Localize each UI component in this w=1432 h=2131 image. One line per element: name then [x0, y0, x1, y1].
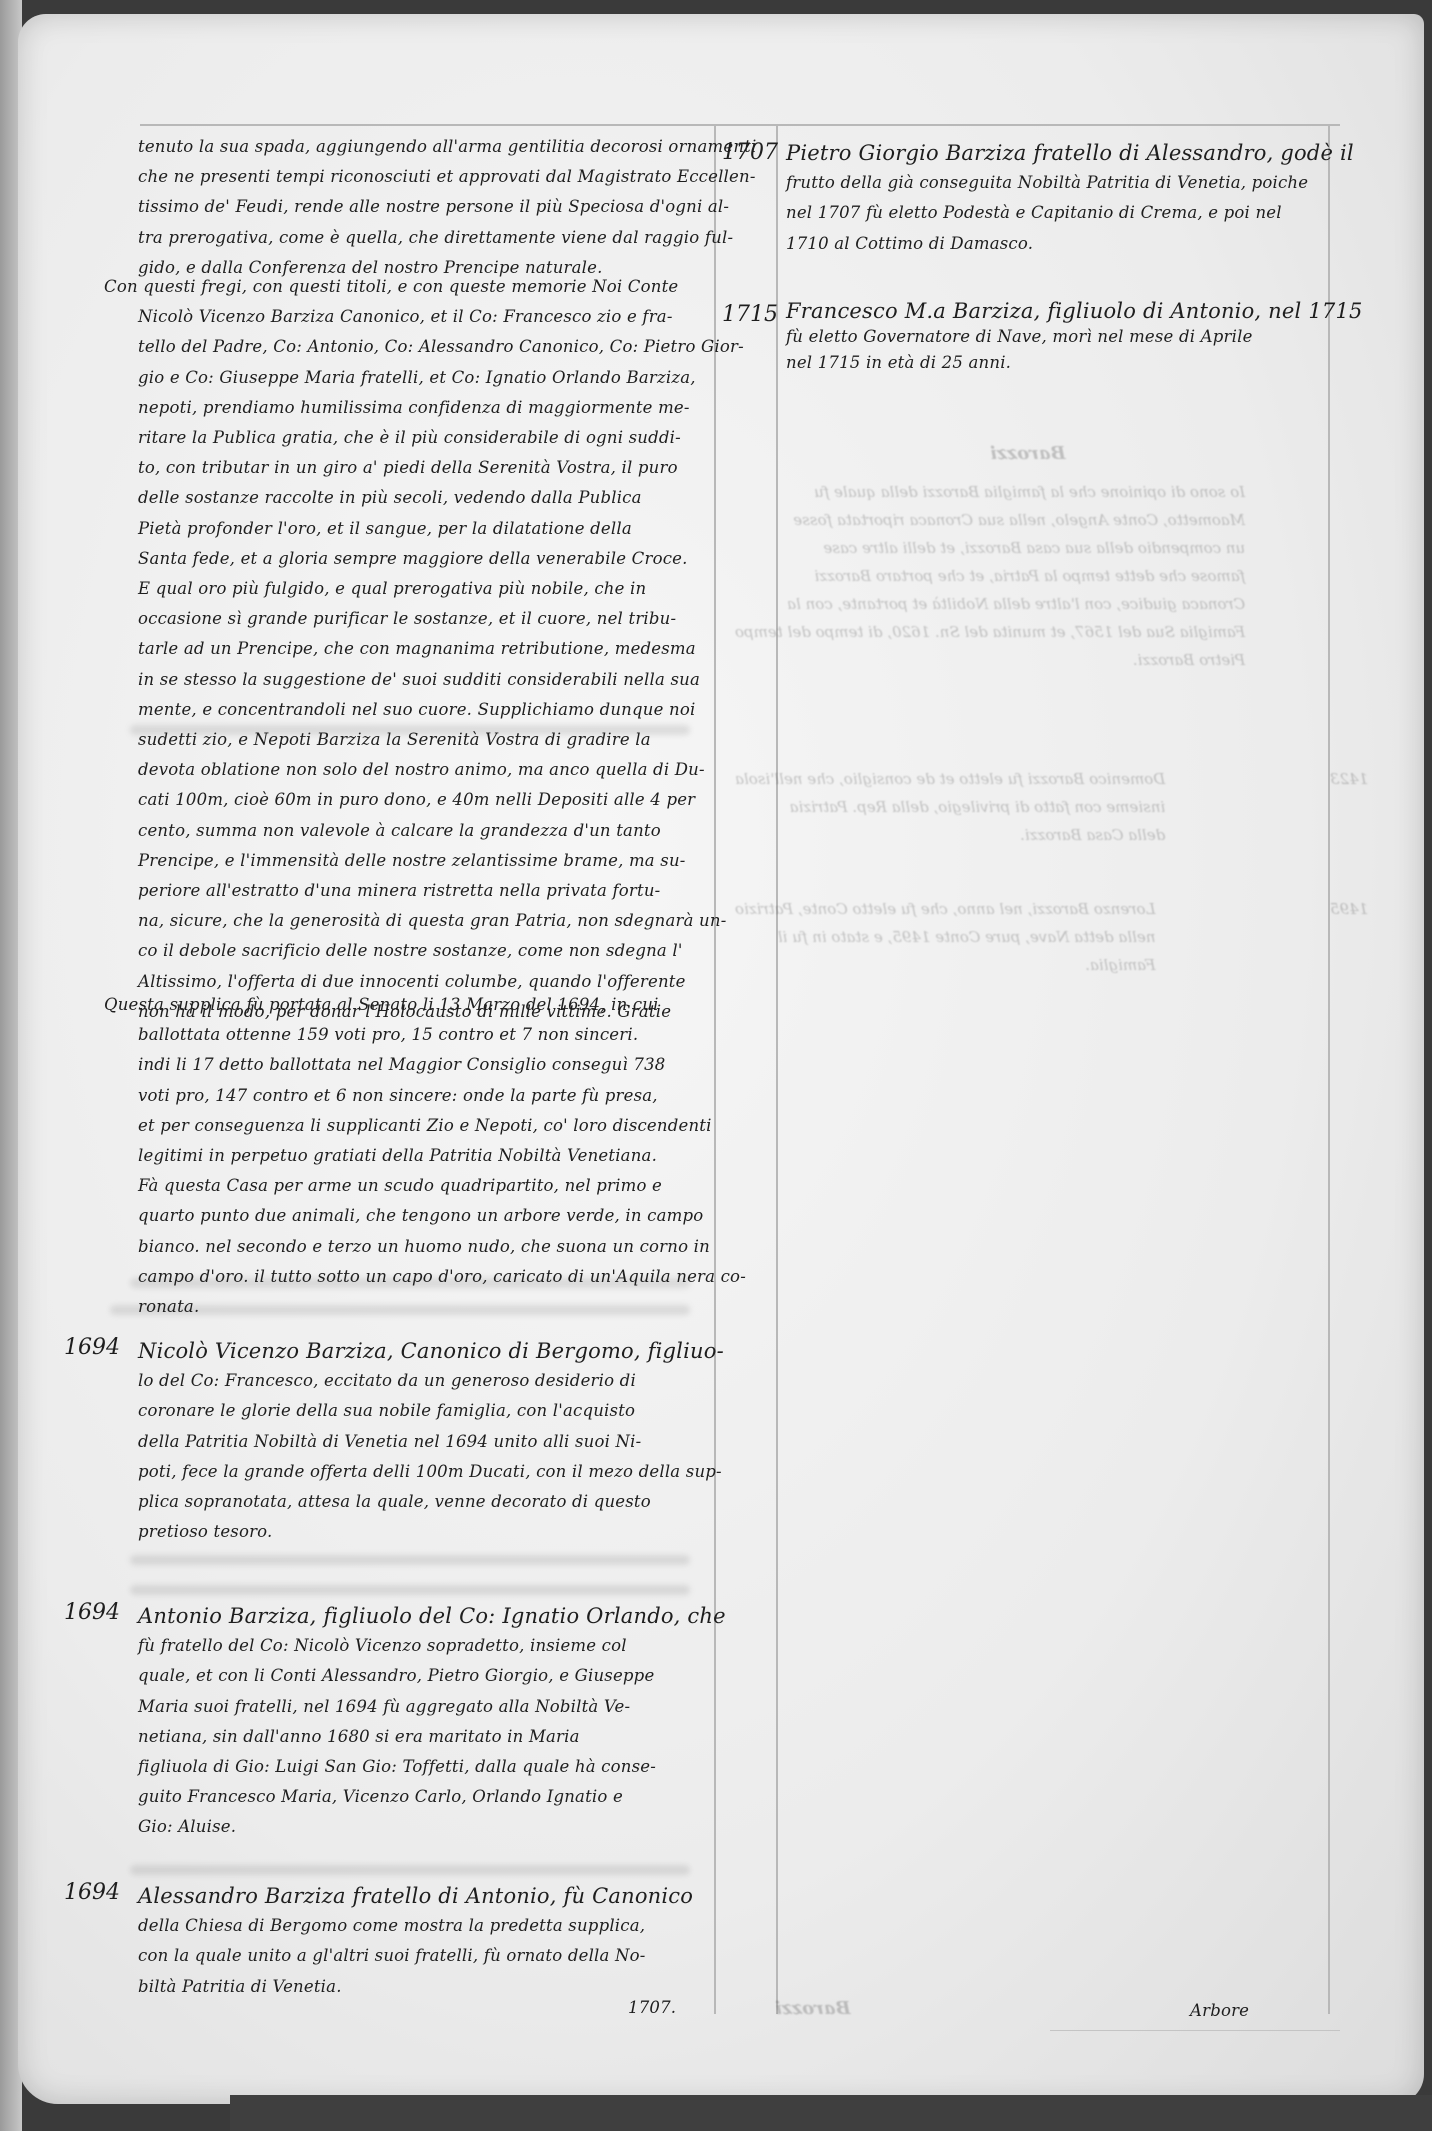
entry-year: 1715 — [722, 302, 778, 327]
bleed-line: insieme con fatto di privilegio, della R… — [735, 793, 1165, 821]
text-line: pretioso tesoro. — [138, 1517, 724, 1547]
entry-year: 1694 — [64, 1335, 120, 1360]
text-line: poti, fece la grande offerta delli 100m … — [138, 1457, 724, 1487]
text-line: Santa fede, et a gloria sempre maggiore … — [138, 544, 744, 574]
bleed-through-footer-word: Barozzi — [775, 1995, 851, 2023]
bleed-line: Maometto, Conte Angelo, nella sua Cronac… — [735, 506, 1245, 534]
text-line: cati 100m, cioè 60m in puro dono, e 40m … — [138, 785, 744, 815]
text-line: Prencipe, e l'immensità delle nostre zel… — [138, 846, 744, 876]
text-line: Questa supplica fù portata al Senato li … — [104, 990, 746, 1020]
text-line: ballottata ottenne 159 voti pro, 15 cont… — [138, 1020, 746, 1050]
text-line: tenuto la sua spada, aggiungendo all'arm… — [138, 132, 756, 162]
text-line: 1710 al Cottimo di Damasco. — [786, 229, 1354, 259]
entry-year: 1694 — [64, 1600, 120, 1625]
entry-pietro-giorgio: Pietro Giorgio Barziza fratello di Aless… — [786, 138, 1354, 259]
bleed-line: Lorenzo Barozzi, nel anno, che fu eletto… — [735, 895, 1155, 923]
text-line: lo del Co: Francesco, eccitato da un gen… — [138, 1366, 724, 1396]
top-ruled-line — [140, 124, 1340, 126]
text-line: bianco. nel secondo e terzo un huomo nud… — [138, 1232, 746, 1262]
text-line: gio e Co: Giuseppe Maria fratelli, et Co… — [138, 363, 744, 393]
bleed-line: un compendio della sua casa Barozzi, et … — [735, 534, 1245, 562]
text-line: Alessandro Barziza fratello di Antonio, … — [138, 1881, 693, 1911]
senate-paragraph: Questa supplica fù portata al Senato li … — [104, 990, 746, 1322]
left-catchword: 1707. — [628, 1993, 676, 2023]
text-line: plica sopranotata, attesa la quale, venn… — [138, 1487, 724, 1517]
text-line: biltà Patritia di Venetia. — [138, 1972, 693, 2002]
text-line: tarle ad un Prencipe, che con magnanima … — [138, 634, 744, 664]
text-line: periore all'estratto d'una minera ristre… — [138, 876, 744, 906]
text-line: nepoti, prendiamo humilissima confidenza… — [138, 393, 744, 423]
bleed-smudge — [130, 1585, 690, 1595]
entry-alessandro: Alessandro Barziza fratello di Antonio, … — [138, 1881, 693, 2002]
entry-antonio: Antonio Barziza, figliuolo del Co: Ignat… — [138, 1601, 726, 1843]
text-line: fù eletto Governatore di Nave, morì nel … — [786, 324, 1363, 350]
text-line: Antonio Barziza, figliuolo del Co: Ignat… — [138, 1601, 726, 1631]
text-line: nel 1707 fù eletto Podestà e Capitanio d… — [786, 198, 1354, 228]
text-line: quale, et con li Conti Alessandro, Pietr… — [138, 1661, 726, 1691]
bleed-line: Pietro Barozzi. — [735, 646, 1245, 674]
text-line: Gio: Aluise. — [138, 1812, 726, 1842]
text-line: voti pro, 147 contro et 6 non sincere: o… — [138, 1081, 746, 1111]
text-line: ritare la Publica gratia, che è il più c… — [138, 423, 744, 453]
text-line: Maria suoi fratelli, nel 1694 fù aggrega… — [138, 1692, 726, 1722]
bleed-line: nella detta Nave, pure Conte 1495, e sta… — [735, 923, 1155, 951]
entry-nicolo-vicenzo: Nicolò Vicenzo Barziza, Canonico di Berg… — [138, 1336, 724, 1547]
text-line: Pietà profonder l'oro, et il sangue, per… — [138, 514, 744, 544]
bleed-through-entry-1: Domenico Barozzi fu eletto et de consigl… — [735, 765, 1165, 849]
bleed-through-paragraph: Io sono di opinione che la famiglia Baro… — [735, 478, 1245, 674]
text-line: Francesco M.a Barziza, figliuolo di Anto… — [786, 298, 1363, 324]
bottom-ruled-line — [1050, 2030, 1340, 2031]
text-line: coronare le glorie della sua nobile fami… — [138, 1396, 724, 1426]
text-line: et per conseguenza li supplicanti Zio e … — [138, 1111, 746, 1141]
bleed-line: famose che dette tempo la Patria, et che… — [735, 562, 1245, 590]
text-line: Fà questa Casa per arme un scudo quadrip… — [138, 1171, 746, 1201]
text-line: della Patritia Nobiltà di Venetia nel 16… — [138, 1427, 724, 1457]
right-column-margin-line — [776, 124, 778, 2014]
text-line: na, sicure, che la generosità di questa … — [138, 906, 744, 936]
page-bottom-shadow — [230, 2095, 1432, 2131]
text-line: delle sostanze raccolte in più secoli, v… — [138, 483, 744, 513]
bleed-line: della Casa Barozzi. — [735, 821, 1165, 849]
intro-paragraph: tenuto la sua spada, aggiungendo all'arm… — [138, 132, 756, 283]
text-line: tello del Padre, Co: Antonio, Co: Alessa… — [138, 332, 744, 362]
text-line: tra prerogativa, come è quella, che dire… — [138, 223, 756, 253]
bleed-through-entry-2-year: 1495 — [1330, 895, 1368, 923]
bleed-line: Domenico Barozzi fu eletto et de consigl… — [735, 765, 1165, 793]
bleed-smudge — [130, 1865, 690, 1875]
text-line: co il debole sacrificio delle nostre sos… — [138, 936, 744, 966]
bleed-line: Famiglia. — [735, 951, 1155, 979]
bleed-through-entry-2: Lorenzo Barozzi, nel anno, che fu eletto… — [735, 895, 1155, 979]
text-line: in se stesso la suggestione de' suoi sud… — [138, 665, 744, 695]
text-line: quarto punto due animali, che tengono un… — [138, 1201, 746, 1231]
text-line: Pietro Giorgio Barziza fratello di Aless… — [786, 138, 1354, 168]
text-line: mente, e concentrandoli nel suo cuore. S… — [138, 695, 744, 725]
text-line: fù fratello del Co: Nicolò Vicenzo sopra… — [138, 1631, 726, 1661]
right-catchword: Arbore — [1190, 1996, 1249, 2026]
bleed-line: Cronaca giudice, con l'altre della Nobil… — [735, 590, 1245, 618]
text-line: Nicolò Vicenzo Barziza Canonico, et il C… — [138, 302, 744, 332]
text-line: Con questi fregi, con questi titoli, e c… — [104, 272, 744, 302]
text-line: E qual oro più fulgido, e qual prerogati… — [138, 574, 744, 604]
text-line: tissimo de' Feudi, rende alle nostre per… — [138, 192, 756, 222]
text-line: occasione sì grande purificar le sostanz… — [138, 604, 744, 634]
entry-year: 1707 — [722, 140, 778, 165]
text-line: ronata. — [138, 1292, 746, 1322]
entry-francesco-maria: Francesco M.a Barziza, figliuolo di Anto… — [786, 298, 1363, 376]
bleed-line: Famiglia Sua del 1567, et munita del Sn.… — [735, 618, 1245, 646]
text-line: cento, summa non valevole à calcare la g… — [138, 816, 744, 846]
petition-paragraph: Con questi fregi, con questi titoli, e c… — [104, 272, 744, 1027]
text-line: con la quale unito a gl'altri suoi frate… — [138, 1941, 693, 1971]
text-line: figliuola di Gio: Luigi San Gio: Toffett… — [138, 1752, 726, 1782]
text-line: to, con tributar in un giro a' piedi del… — [138, 453, 744, 483]
bleed-smudge — [130, 1555, 690, 1565]
text-line: campo d'oro. il tutto sotto un capo d'or… — [138, 1262, 746, 1292]
right-edge-ruled-line — [1328, 124, 1330, 2014]
bleed-line: Io sono di opinione che la famiglia Baro… — [735, 478, 1245, 506]
bleed-through-title: Barozzi — [990, 440, 1066, 468]
entry-year: 1694 — [64, 1880, 120, 1905]
text-line: indi li 17 detto ballottata nel Maggior … — [138, 1050, 746, 1080]
text-line: devota oblatione non solo del nostro ani… — [138, 755, 744, 785]
bleed-through-entry-1-year: 1423 — [1330, 765, 1368, 793]
text-line: sudetti zio, e Nepoti Barziza la Serenit… — [138, 725, 744, 755]
text-line: Nicolò Vicenzo Barziza, Canonico di Berg… — [138, 1336, 724, 1366]
text-line: nel 1715 in età di 25 anni. — [786, 350, 1363, 376]
text-line: frutto della già conseguita Nobiltà Patr… — [786, 168, 1354, 198]
text-line: della Chiesa di Bergomo come mostra la p… — [138, 1911, 693, 1941]
text-line: che ne presenti tempi riconosciuti et ap… — [138, 162, 756, 192]
text-line: guito Francesco Maria, Vicenzo Carlo, Or… — [138, 1782, 726, 1812]
text-line: legitimi in perpetuo gratiati della Patr… — [138, 1141, 746, 1171]
text-line: netiana, sin dall'anno 1680 si era marit… — [138, 1722, 726, 1752]
